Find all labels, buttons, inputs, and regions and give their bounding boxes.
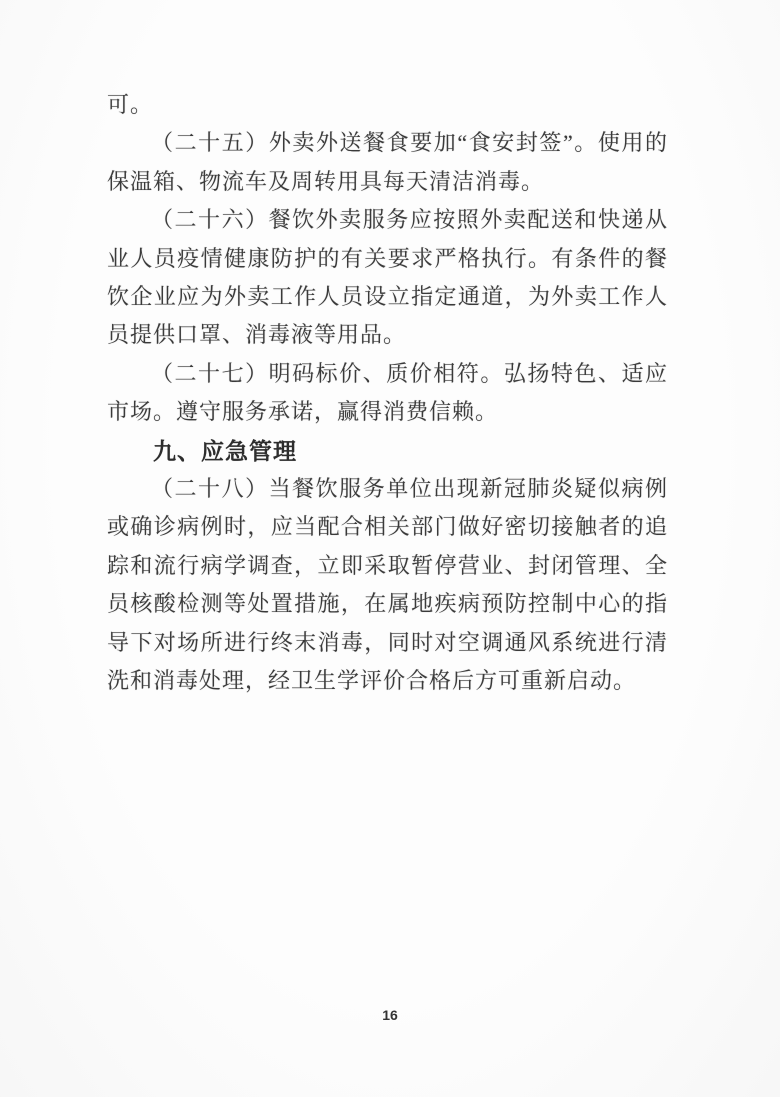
paragraph-continuation: 可。 xyxy=(107,86,668,124)
paragraph-item-28: （二十八）当餐饮服务单位出现新冠肺炎疑似病例或确诊病例时，应当配合相关部门做好密… xyxy=(107,470,668,700)
text-block: 可。 （二十五）外卖外送餐食要加“食安封签”。使用的保温箱、物流车及周转用具每天… xyxy=(107,86,668,701)
page-number: 16 xyxy=(0,1007,780,1023)
paragraph-item-25: （二十五）外卖外送餐食要加“食安封签”。使用的保温箱、物流车及周转用具每天清洁消… xyxy=(107,124,668,201)
paragraph-item-26: （二十六）餐饮外卖服务应按照外卖配送和快递从业人员疫情健康防护的有关要求严格执行… xyxy=(107,201,668,355)
section-heading-emergency-management: 九、应急管理 xyxy=(107,432,668,470)
paragraph-item-27: （二十七）明码标价、质价相符。弘扬特色、适应市场。遵守服务承诺，赢得消费信赖。 xyxy=(107,355,668,432)
document-page: 可。 （二十五）外卖外送餐食要加“食安封签”。使用的保温箱、物流车及周转用具每天… xyxy=(0,0,780,1097)
